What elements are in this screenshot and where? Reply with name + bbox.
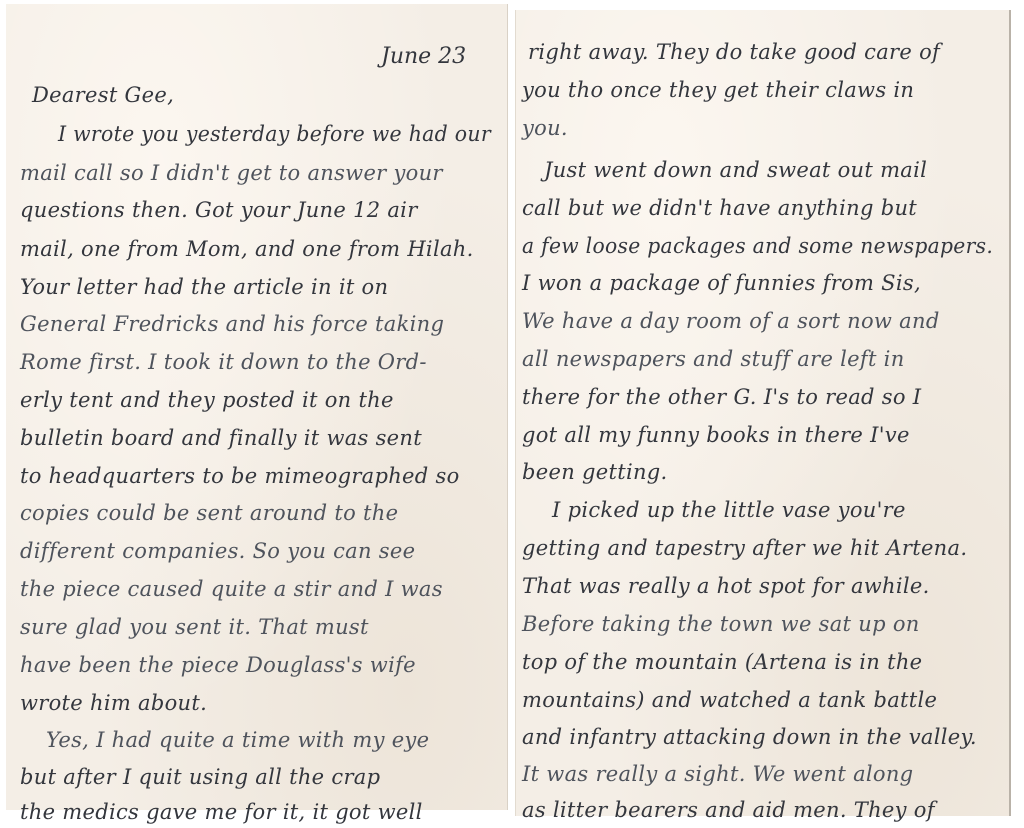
letter-line: have been the piece Douglass's wife xyxy=(20,655,416,676)
letter-line: I picked up the little vase you're xyxy=(552,500,906,521)
letter-line: there for the other G. I's to read so I xyxy=(522,387,921,408)
letter-line: the medics gave me for it, it got well xyxy=(20,802,423,823)
letter-line: right away. They do take good care of xyxy=(528,42,940,63)
letter-date: June 23 xyxy=(381,44,466,69)
letter-line: a few loose packages and some newspapers… xyxy=(522,236,993,257)
letter-line: We have a day room of a sort now and xyxy=(522,311,940,332)
letter-line: been getting. xyxy=(522,462,668,483)
letter-line: bulletin board and finally it was sent xyxy=(20,428,422,449)
letter-line: Just went down and sweat out mail xyxy=(544,160,927,181)
letter-line: General Fredricks and his force taking xyxy=(20,314,444,335)
letter-line: got all my funny books in there I've xyxy=(522,425,910,446)
letter-line: sure glad you sent it. That must xyxy=(20,617,369,638)
letter-line: you. xyxy=(522,118,568,139)
letter-line: It was really a sight. We went along xyxy=(522,764,913,785)
letter-line: to headquarters to be mimeographed so xyxy=(20,466,460,487)
letter-line: you tho once they get their claws in xyxy=(522,80,914,101)
letter-line: the piece caused quite a stir and I was xyxy=(20,579,443,600)
letter-line: Rome first. I took it down to the Ord- xyxy=(20,352,427,373)
letter-line: as litter bearers and aid men. They of xyxy=(522,800,935,821)
letter-line: That was really a hot spot for awhile. xyxy=(522,576,930,597)
letter-line: copies could be sent around to the xyxy=(20,503,398,524)
letter-line: wrote him about. xyxy=(20,693,207,714)
letter-line: mail, one from Mom, and one from Hilah. xyxy=(20,239,474,260)
letter-line: but after I quit using all the crap xyxy=(20,767,380,788)
letter-line: different companies. So you can see xyxy=(20,541,415,562)
letter-line: Before taking the town we sat up on xyxy=(522,614,920,635)
letter-line: I won a package of funnies from Sis, xyxy=(522,273,921,294)
letter-line: erly tent and they posted it on the xyxy=(20,390,394,411)
salutation: Dearest Gee, xyxy=(32,85,174,106)
letter-page-right: right away. They do take good care of yo… xyxy=(515,10,1011,816)
letter-page-left: June 23 Dearest Gee, I wrote you yesterd… xyxy=(6,4,508,810)
letter-line: mountains) and watched a tank battle xyxy=(522,690,937,711)
letter-line: and infantry attacking down in the valle… xyxy=(522,727,977,748)
letter-line: I wrote you yesterday before we had our xyxy=(58,124,491,145)
letter-line: questions then. Got your June 12 air xyxy=(20,200,418,221)
letter-line: mail call so I didn't get to answer your xyxy=(20,163,443,184)
letter-line: top of the mountain (Artena is in the xyxy=(522,652,922,673)
letter-line: call but we didn't have anything but xyxy=(522,198,917,219)
letter-line: all newspapers and stuff are left in xyxy=(522,349,905,370)
letter-line: Yes, I had quite a time with my eye xyxy=(46,730,429,751)
letter-line: getting and tapestry after we hit Artena… xyxy=(522,538,967,559)
letter-line: Your letter had the article in it on xyxy=(20,277,388,298)
